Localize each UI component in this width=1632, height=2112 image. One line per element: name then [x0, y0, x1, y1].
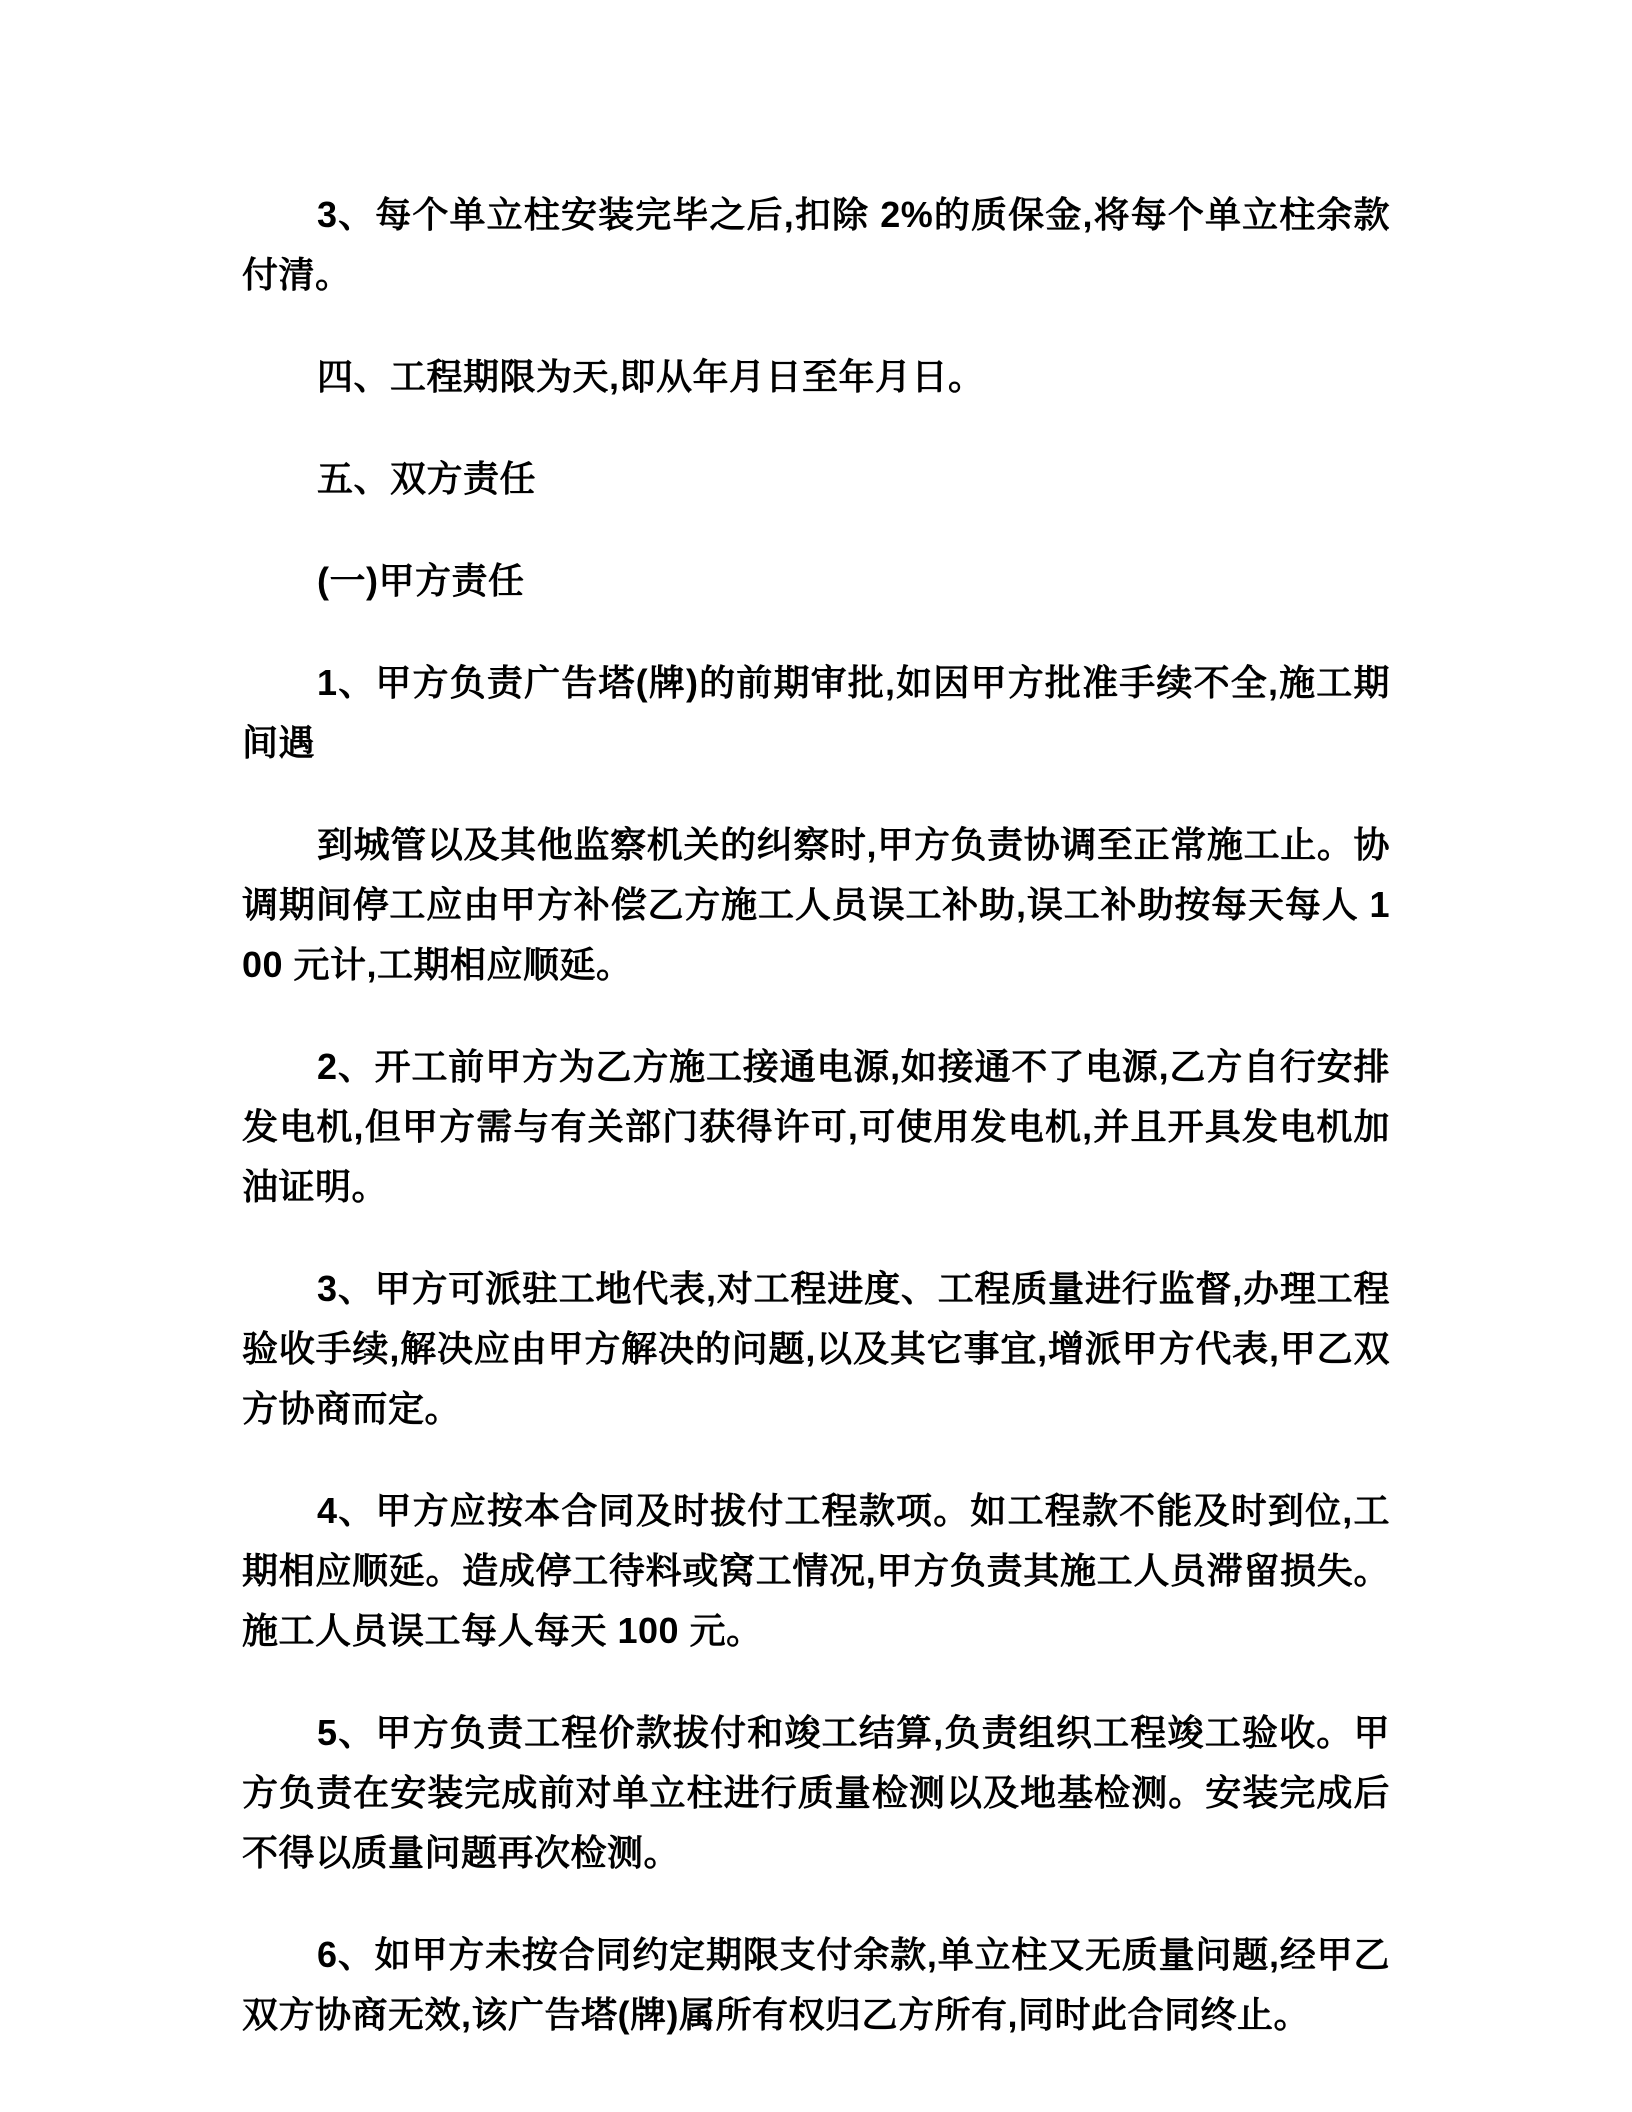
contract-paragraph: 4、甲方应按本合同及时拔付工程款项。如工程款不能及时到位,工期相应顺延。造成停工…	[242, 1481, 1390, 1661]
contract-paragraph: 四、工程期限为天,即从年月日至年月日。	[242, 347, 1390, 407]
contract-section-heading: 五、双方责任	[242, 449, 1390, 509]
contract-paragraph: 1、甲方负责广告塔(牌)的前期审批,如因甲方批准手续不全,施工期间遇	[242, 653, 1390, 773]
contract-paragraph: 5、甲方负责工程价款拔付和竣工结算,负责组织工程竣工验收。甲方负责在安装完成前对…	[242, 1703, 1390, 1883]
contract-paragraph: 到城管以及其他监察机关的纠察时,甲方负责协调至正常施工止。协调期间停工应由甲方补…	[242, 815, 1390, 995]
document-page: 3、每个单立柱安装完毕之后,扣除 2%的质保金,将每个单立柱余款付清。 四、工程…	[0, 0, 1632, 2112]
contract-body: 3、每个单立柱安装完毕之后,扣除 2%的质保金,将每个单立柱余款付清。 四、工程…	[242, 185, 1390, 2087]
contract-paragraph: 6、如甲方未按合同约定期限支付余款,单立柱又无质量问题,经甲乙双方协商无效,该广…	[242, 1925, 1390, 2045]
contract-paragraph: 3、每个单立柱安装完毕之后,扣除 2%的质保金,将每个单立柱余款付清。	[242, 185, 1390, 305]
contract-subsection-heading: (一)甲方责任	[242, 551, 1390, 611]
contract-paragraph: 3、甲方可派驻工地代表,对工程进度、工程质量进行监督,办理工程验收手续,解决应由…	[242, 1259, 1390, 1439]
contract-paragraph: 2、开工前甲方为乙方施工接通电源,如接通不了电源,乙方自行安排发电机,但甲方需与…	[242, 1037, 1390, 1217]
